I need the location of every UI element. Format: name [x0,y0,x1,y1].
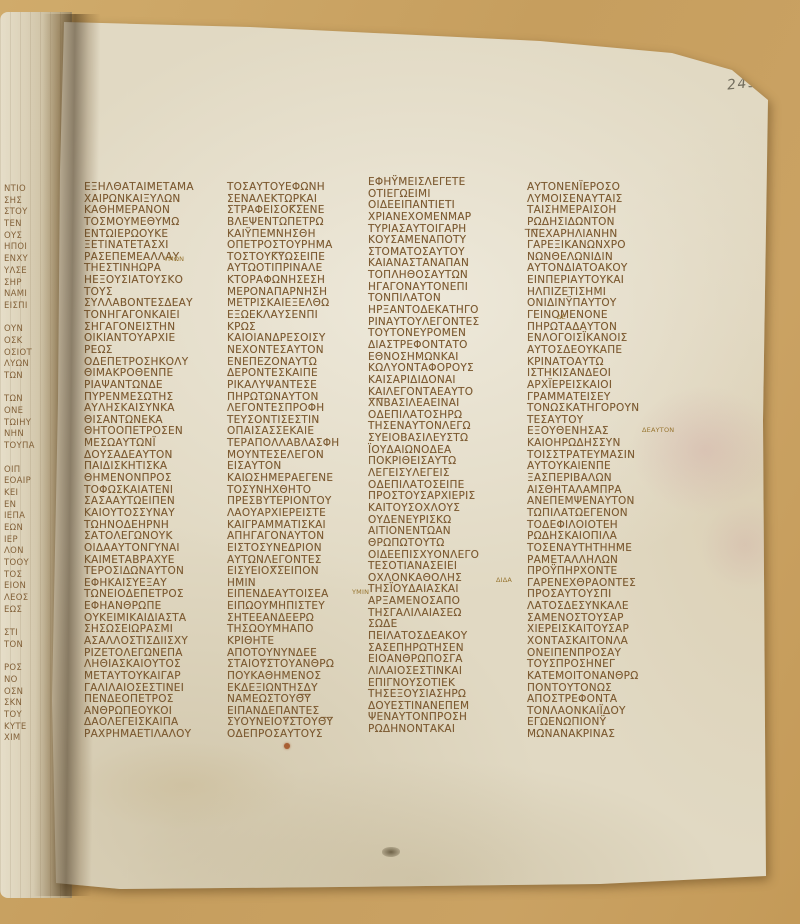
text-line: ΔΙΑΣΤΡΕΦΟΝΤΑΤΟ [368,340,520,352]
manuscript-page: ΕΞΗΛΘΑΤΑΙΜΕΤΑΜΑΧΑΙΡΩΝΚΑΙΞΥΛΩΝΚΑΘΗΜΕΡΑΝΟΝ… [0,0,800,924]
text-line: ΜΩΝΑΝΑΚΡΙΝΑΣ [527,729,679,741]
text-line: ΠΟΥΚΑΘΗΜΕΝΟΣ [227,671,379,683]
text-line: ΚΑΙΤΟΥΣΟΧΛΟΥΣ [368,503,520,515]
text-line: ΛΑΟΥΑΡΧΙΕΡΕΙΣΤΕ [227,508,379,520]
text-column-3: ΕΦΗΫΜΕΙΣΛΕΓΕΤΕΟΤΙΕΓΩΕΙΜΙΟΙΔΕΕΙΠΑΝΤΙΕΤΙΧΡ… [368,177,520,736]
text-line: ΤΕΡΑΠΟΛΛΑΒΛΑΣΦΗ [227,438,379,450]
text-line: ΕΙΣΤΟΣΥΝΕΔΡΙΟΝ [227,543,379,555]
parchment-stain [70,740,300,830]
text-line: ΡΕΩΣ [84,345,236,357]
quire-mark-dot [284,743,290,749]
text-line: ΚΑΤΕΜΟΙΤΟΝΑΝΘΡΩ [527,671,679,683]
text-column-1: ΕΞΗΛΘΑΤΑΙΜΕΤΑΜΑΧΑΙΡΩΝΚΑΙΞΥΛΩΝΚΑΘΗΜΕΡΑΝΟΝ… [84,182,236,741]
text-line: ΝΕΧΟΝΤΕΣΑΥΤΟΝ [227,345,379,357]
text-line: ΑΥΤΟΝΕΝΪΕΡΟΣΟ [527,182,679,194]
text-line: ΞΑΣΠΕΡΙΒΑΛΩΝ [527,473,679,485]
text-line: ΜΕΣΩΑΥΤΩΝΪ [84,438,236,450]
text-line: ΤΟΝΗΓΑΓΟΝΚΑΙΕΙ [84,310,236,322]
parchment-blot [382,847,400,857]
gutter-shadow [33,14,100,896]
text-line: ΚΡΙΘΗΤΕ [227,636,379,648]
text-line: ΚΑΙΟΥΤΟΣΣΥΝΑΥ [84,508,236,520]
text-line: ΑΥΤΟΣΔΕΟΥΚΑΠΕ [527,345,679,357]
text-line: ΤΩΠΙΛΑΤΩΕΓΕΝΟΝ [527,508,679,520]
folio-number-pencil: 245 [726,74,759,93]
marginal-correction: ΔΕΑΥΤΟΝ [642,426,674,434]
manuscript-page-wrap: ΕΞΗΛΘΑΤΑΙΜΕΤΑΜΑΧΑΙΡΩΝΚΑΙΞΥΛΩΝΚΑΘΗΜΕΡΑΝΟΝ… [0,0,800,924]
text-line: ΟΙΔΑΑΥΤΟΝΓΥΝΑΙ [84,543,236,555]
photo-backdrop: ΝΤΙΟΣΗΣΣΤΟΥΤΕΝΟΥΣΗΠΟΙΕΝΧΥΥΛΣΕΣΗΡΝΑΜΙΕΙΣΠ… [0,0,800,924]
marginal-correction: ΥΜΩΝ [164,255,184,263]
text-line: ΛΙΛΑΙΟΣΕΣΤΙΝΚΑΙ [368,666,520,678]
text-line: ΚΑΙΩΣΗΜΕΡΑΕΓΕΝΕ [227,473,379,485]
text-line: ΛΑΤΟΣΔΕΣΥΝΚΑΛΕ [527,601,679,613]
text-line: ΡΙΑΨΑΝΤΩΝΔΕ [84,380,236,392]
text-line: ΧΡΙΑΝΕΧΟΜΕΝΜΑΡ [368,212,520,224]
text-line: ΗΡΞΑΝΤΟΔΕΚΑΤΗΓΟ [368,305,520,317]
parchment-stain [700,500,790,590]
text-line: ΕΦΗΫΜΕΙΣΛΕΓΕΤΕ [368,177,520,189]
text-line: ΘΡΩΠΩΤΟΥΤΩ [368,538,520,550]
text-column-2: ΤΟΣΑΥΤΟΥΕΦΩΝΗΣΕΝΑΛΕΚΤΩΡΚΑΙΣΤΡΑΦΕΙΣΟΚ̅Σ̅Ε… [227,182,379,741]
text-line: ΤΟΣΜΟΥΜΕΘΥΜΩ [84,217,236,229]
text-line: ΚΑΙΣΑΡΙΔΙΔΟΝΑΙ [368,375,520,387]
text-line: ΑΣΑΛΛΟΣΤΙΣΔΙΙΣΧΥ [84,636,236,648]
text-line: ΓΕΙΝΟΜΕΝΟΝΕ [527,310,679,322]
text-line: ΚΑΙΟΗΡΩΔΗΣΣΥΝ [527,438,679,450]
text-column-4: ΑΥΤΟΝΕΝΪΕΡΟΣΟΛΥΜΟΙΣΕΝΑΥΤΑΙΣΤΑΙΣΗΜΕΡΑΙΣΟΗ… [527,182,679,741]
text-line: ΡΩΔΗΣΙΔΩΝΤΟΝ [527,217,679,229]
text-line: ΡΙΚΑΛΥΨΑΝΤΕΣΕ [227,380,379,392]
text-line: ΛΕΓΕΙΣΥΛΕΓΕΙΣ [368,468,520,480]
text-line: ΑΡΧΪΕΡΕΙΣΚΑΙΟΙ [527,380,679,392]
text-line: ΤΟΣΑΥΤΟΥΕΦΩΝΗ [227,182,379,194]
text-line: ΑΡΞΑΜΕΝΟΣΑΠΟ [368,596,520,608]
text-line: ΕΦΗΑΝΘΡΩΠΕ [84,601,236,613]
text-line: ΕΞΩΕΚΛΑΥΣΕΝΠΙ [227,310,379,322]
text-line: ΧΟΝΤΑΣΚΑΙΤΟΝΛΑ [527,636,679,648]
marginal-correction: ΔΕ [557,313,566,321]
text-line: ΡΑΧΡΗΜΑΕΤΙΛΑΛΟΥ [84,729,236,741]
text-line: ΜΕΤΑΥΤΟΥΚΑΙΓΑΡ [84,671,236,683]
text-line: ΤΟΣΕΝΑΥΤΗΤΗΗΜΕ [527,543,679,555]
text-line: ΘΗΜΕΝΟΝΠΡΟΣ [84,473,236,485]
text-line: ΡΩΔΗΝΟΝΤΑΚΑΙ [368,724,520,736]
marginal-correction: ΔΙΔΑ [496,576,512,584]
text-line: ΕΞΗΛΘΑΤΑΙΜΕΤΑΜΑ [84,182,236,194]
marginal-correction: ΥΜΙΝ [352,588,369,596]
text-line: ΣΥΕΙΟΒΑΣΙΛΕΥΣΤΩ [368,433,520,445]
text-line: ΠΕΙΛΑΤΟΣΔΕΑΚΟΥ [368,631,520,643]
text-line: ΕΙΠΩΟΥΜΗΠΙΣΤΕΥ [227,601,379,613]
text-line: ΟΔΕΠΡΟΣΑΥΤΟΥΣ [227,729,379,741]
text-line: ΒΛΕΨΕΝΤΩΠΕΤΡΩ [227,217,379,229]
